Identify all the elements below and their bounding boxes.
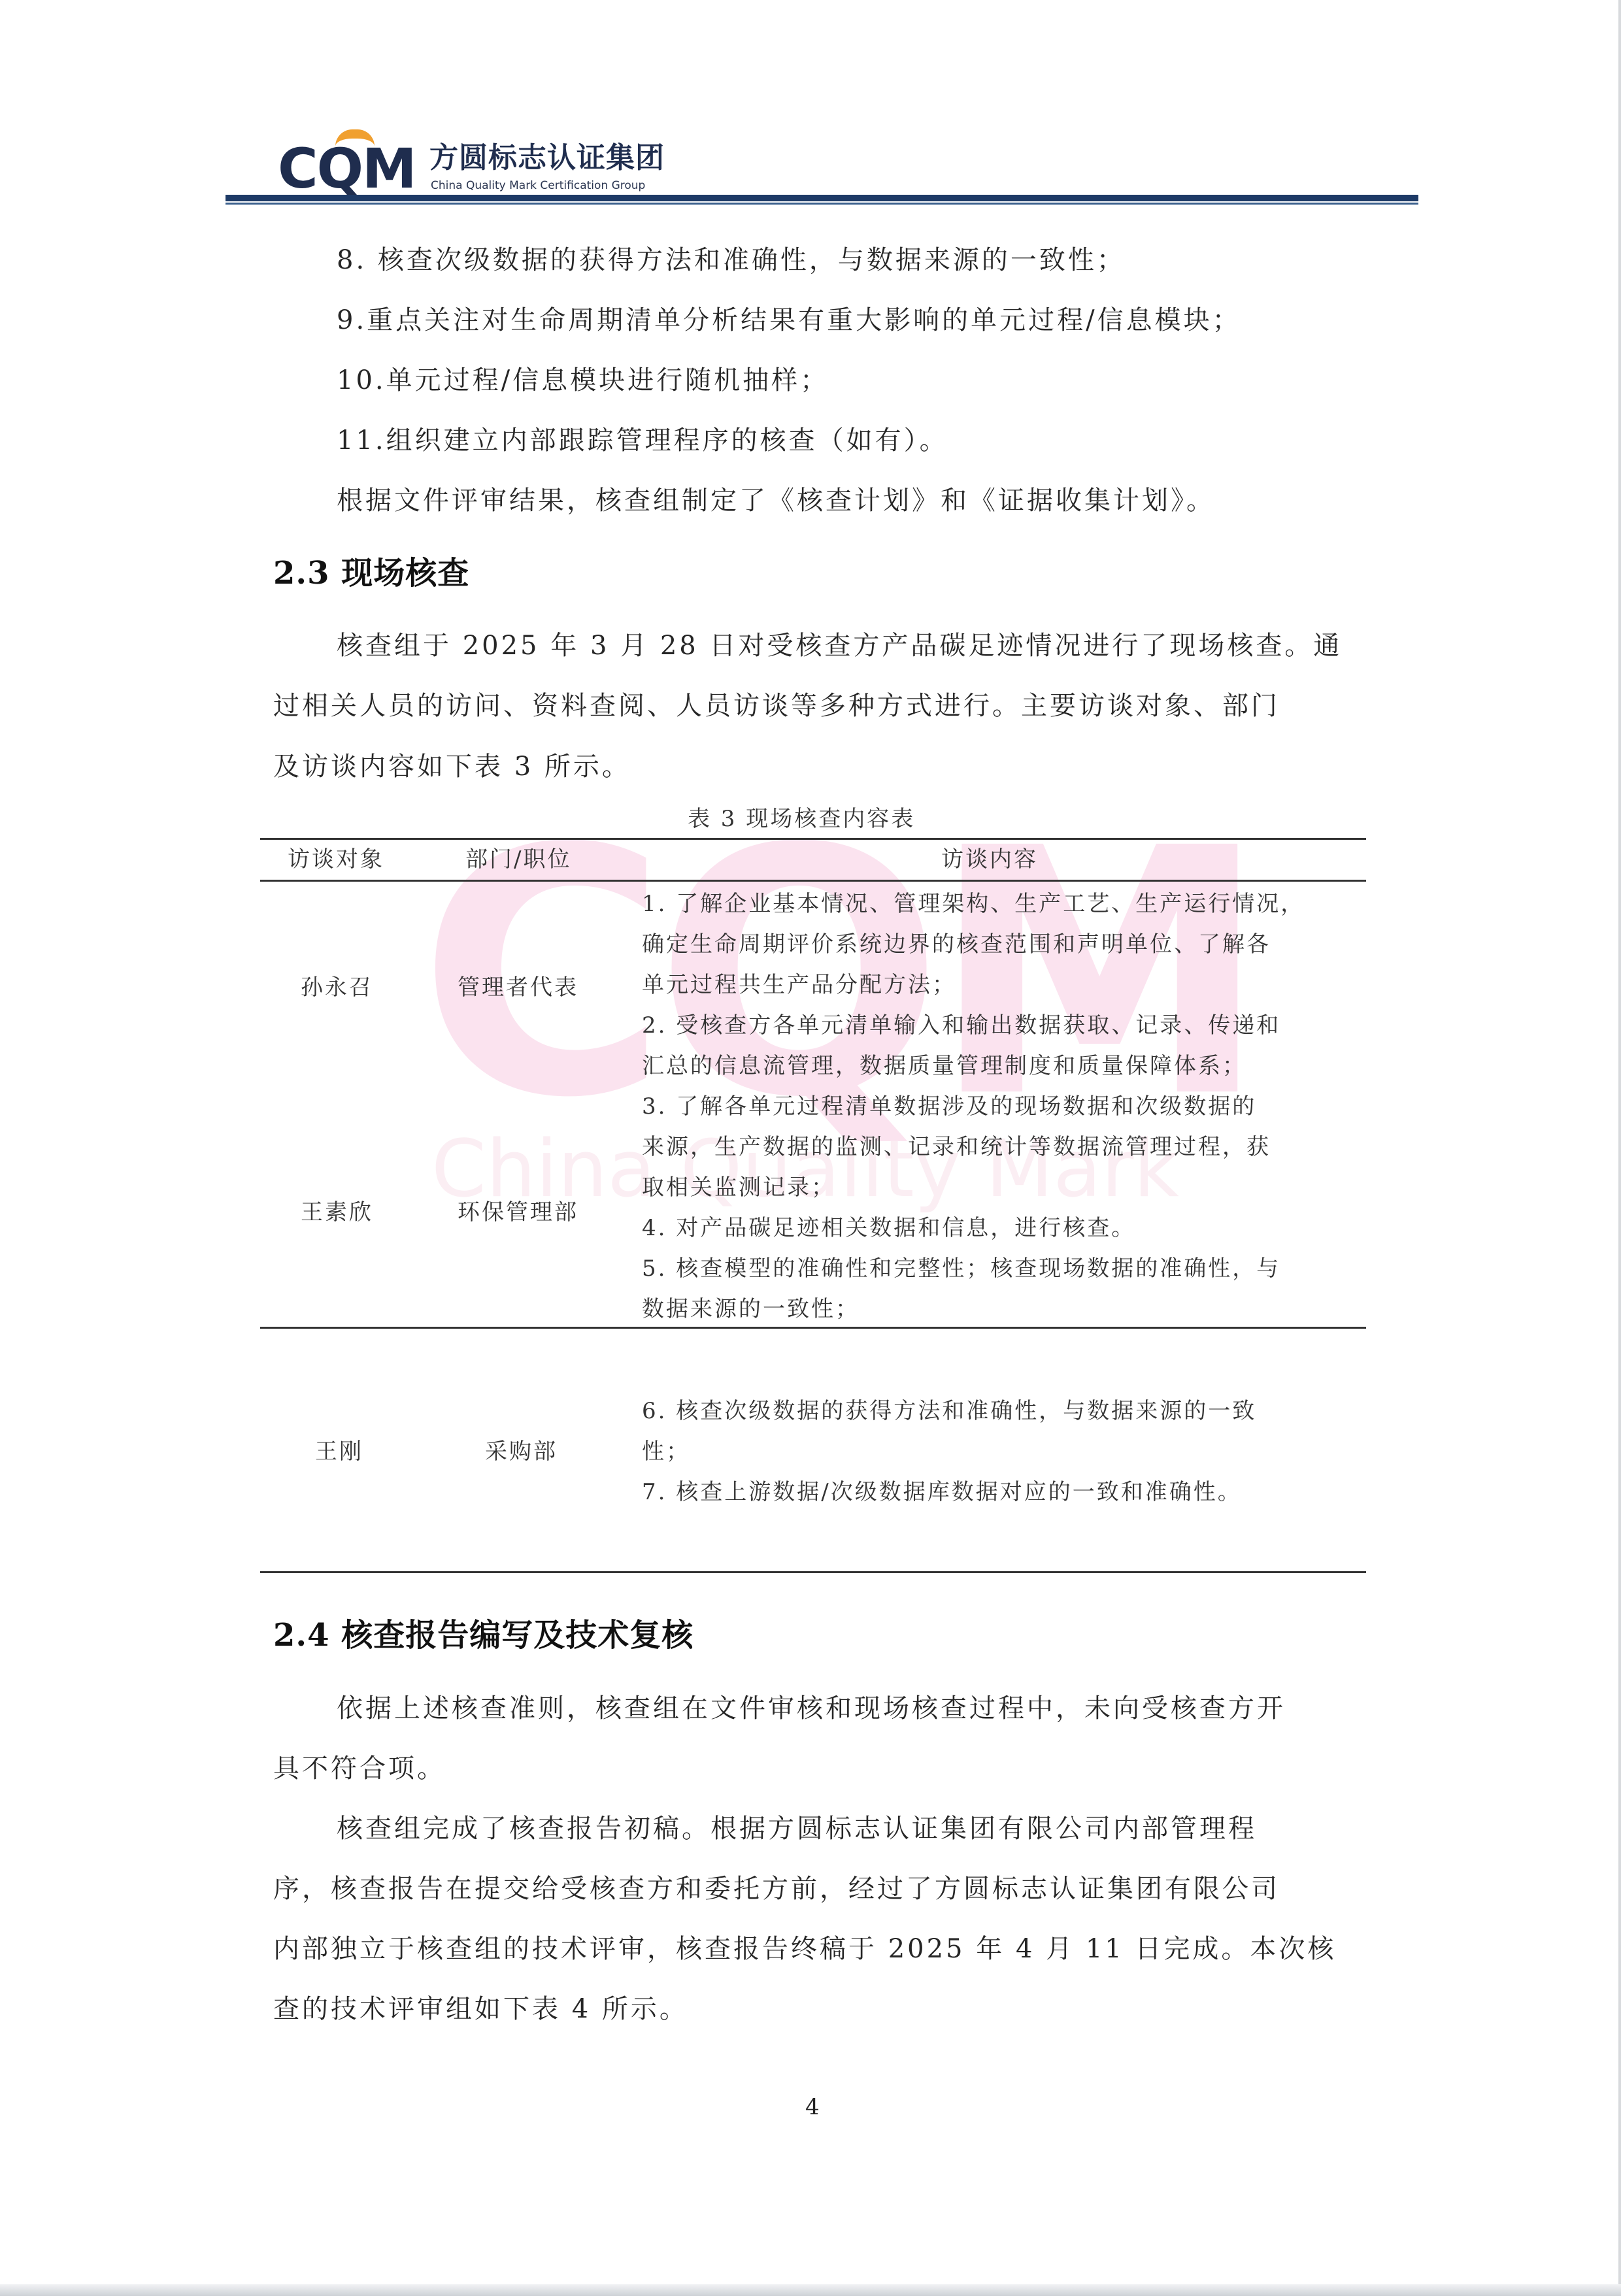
page-number: 4 xyxy=(805,2096,820,2118)
list-item: 8. 核查次级数据的获得方法和准确性，与数据来源的一致性； xyxy=(337,247,1126,273)
table-cell-content-line: 性； xyxy=(642,1440,690,1463)
table-cell-content-line: 6. 核查次级数据的获得方法和准确性，与数据来源的一致 xyxy=(642,1400,1256,1422)
header-rule xyxy=(226,195,1418,201)
table-cell-content-line: 数据来源的一致性； xyxy=(642,1298,860,1320)
table-cell-department: 环保管理部 xyxy=(458,1201,578,1223)
column-header-department: 部门/职位 xyxy=(465,848,571,871)
table-bottom-rule xyxy=(260,1571,1366,1573)
table-cell-department: 管理者代表 xyxy=(458,976,578,999)
section-heading-2-4: 2.4 核查报告编写及技术复核 xyxy=(273,1620,694,1651)
table-cell-department: 采购部 xyxy=(485,1440,558,1463)
table-cell-content-line: 来源，生产数据的监测、记录和统计等数据流管理过程，获 xyxy=(642,1136,1271,1158)
paragraph-line: 过相关人员的访问、资料查阅、人员访谈等多种方式进行。主要访谈对象、部门 xyxy=(273,693,1280,719)
table-row-rule xyxy=(260,1327,1366,1329)
table-cell-content-line: 汇总的信息流管理，数据质量管理制度和质量保障体系； xyxy=(642,1055,1246,1077)
paragraph-line: 核查组完成了核查报告初稿。根据方圆标志认证集团有限公司内部管理程 xyxy=(337,1816,1257,1842)
table-cell-content-line: 2. 受核查方各单元清单输入和输出数据获取、记录、传递和 xyxy=(642,1014,1280,1037)
table-cell-person: 王素欣 xyxy=(301,1201,373,1223)
paragraph-line: 查的技术评审组如下表 4 所示。 xyxy=(273,1996,688,2022)
list-item: 9.重点关注对生命周期清单分析结果有重大影响的单元过程/信息模块； xyxy=(337,307,1241,333)
header-rule-thin xyxy=(226,203,1418,205)
table-caption: 表 3 现场核查内容表 xyxy=(688,808,915,830)
paragraph-line: 具不符合项。 xyxy=(273,1755,446,1782)
table-cell-person: 王刚 xyxy=(315,1440,363,1463)
table-cell-person: 孙永召 xyxy=(301,976,373,999)
paragraph-line: 内部独立于核查组的技术评审，核查报告终稿于 2025 年 4 月 11 日完成。… xyxy=(273,1936,1336,1962)
table-cell-content-line: 4. 对产品碳足迹相关数据和信息，进行核查。 xyxy=(642,1217,1135,1239)
paragraph-line: 核查组于 2025 年 3 月 28 日对受核查方产品碳足迹情况进行了现场核查。… xyxy=(337,633,1342,659)
table-top-rule xyxy=(260,838,1366,840)
logo-letters: CQM xyxy=(278,141,416,196)
cqm-logo: CQM xyxy=(278,129,415,195)
company-name-cn: 方圆标志认证集团 xyxy=(429,144,665,173)
plan-sentence: 根据文件评审结果，核查组制定了《核查计划》和《证据收集计划》。 xyxy=(337,488,1215,514)
company-name-en: China Quality Mark Certification Group xyxy=(431,180,645,191)
paragraph-line: 序，核查报告在提交给受核查方和委托方前，经过了方圆标志认证集团有限公司 xyxy=(273,1876,1280,1902)
column-header-person: 访谈对象 xyxy=(288,848,384,871)
list-item: 11.组织建立内部跟踪管理程序的核查（如有）。 xyxy=(337,427,948,454)
table-cell-content-line: 7. 核查上游数据/次级数据库数据对应的一致和准确性。 xyxy=(642,1481,1242,1503)
table-cell-content-line: 1. 了解企业基本情况、管理架构、生产工艺、生产运行情况， xyxy=(642,893,1305,915)
table-header-rule xyxy=(260,880,1366,882)
table-cell-content-line: 取相关监测记录； xyxy=(642,1176,835,1199)
column-header-content: 访谈内容 xyxy=(941,848,1038,871)
table-cell-content-line: 单元过程共生产品分配方法； xyxy=(642,974,956,996)
table-cell-content-line: 5. 核查模型的准确性和完整性；核查现场数据的准确性，与 xyxy=(642,1257,1280,1280)
table-cell-content-line: 确定生命周期评价系统边界的核查范围和声明单位、了解各 xyxy=(642,933,1271,956)
section-heading-2-3: 2.3 现场核查 xyxy=(273,557,469,589)
list-item: 10.单元过程/信息模块进行随机抽样； xyxy=(337,367,829,393)
page-edge-bottom xyxy=(0,2284,1621,2296)
paragraph-line: 依据上述核查准则，核查组在文件审核和现场核查过程中，未向受核查方开 xyxy=(337,1695,1286,1722)
table-cell-content-line: 3. 了解各单元过程清单数据涉及的现场数据和次级数据的 xyxy=(642,1095,1256,1118)
page-edge xyxy=(1618,0,1621,2296)
paragraph-line: 及访谈内容如下表 3 所示。 xyxy=(273,754,631,780)
